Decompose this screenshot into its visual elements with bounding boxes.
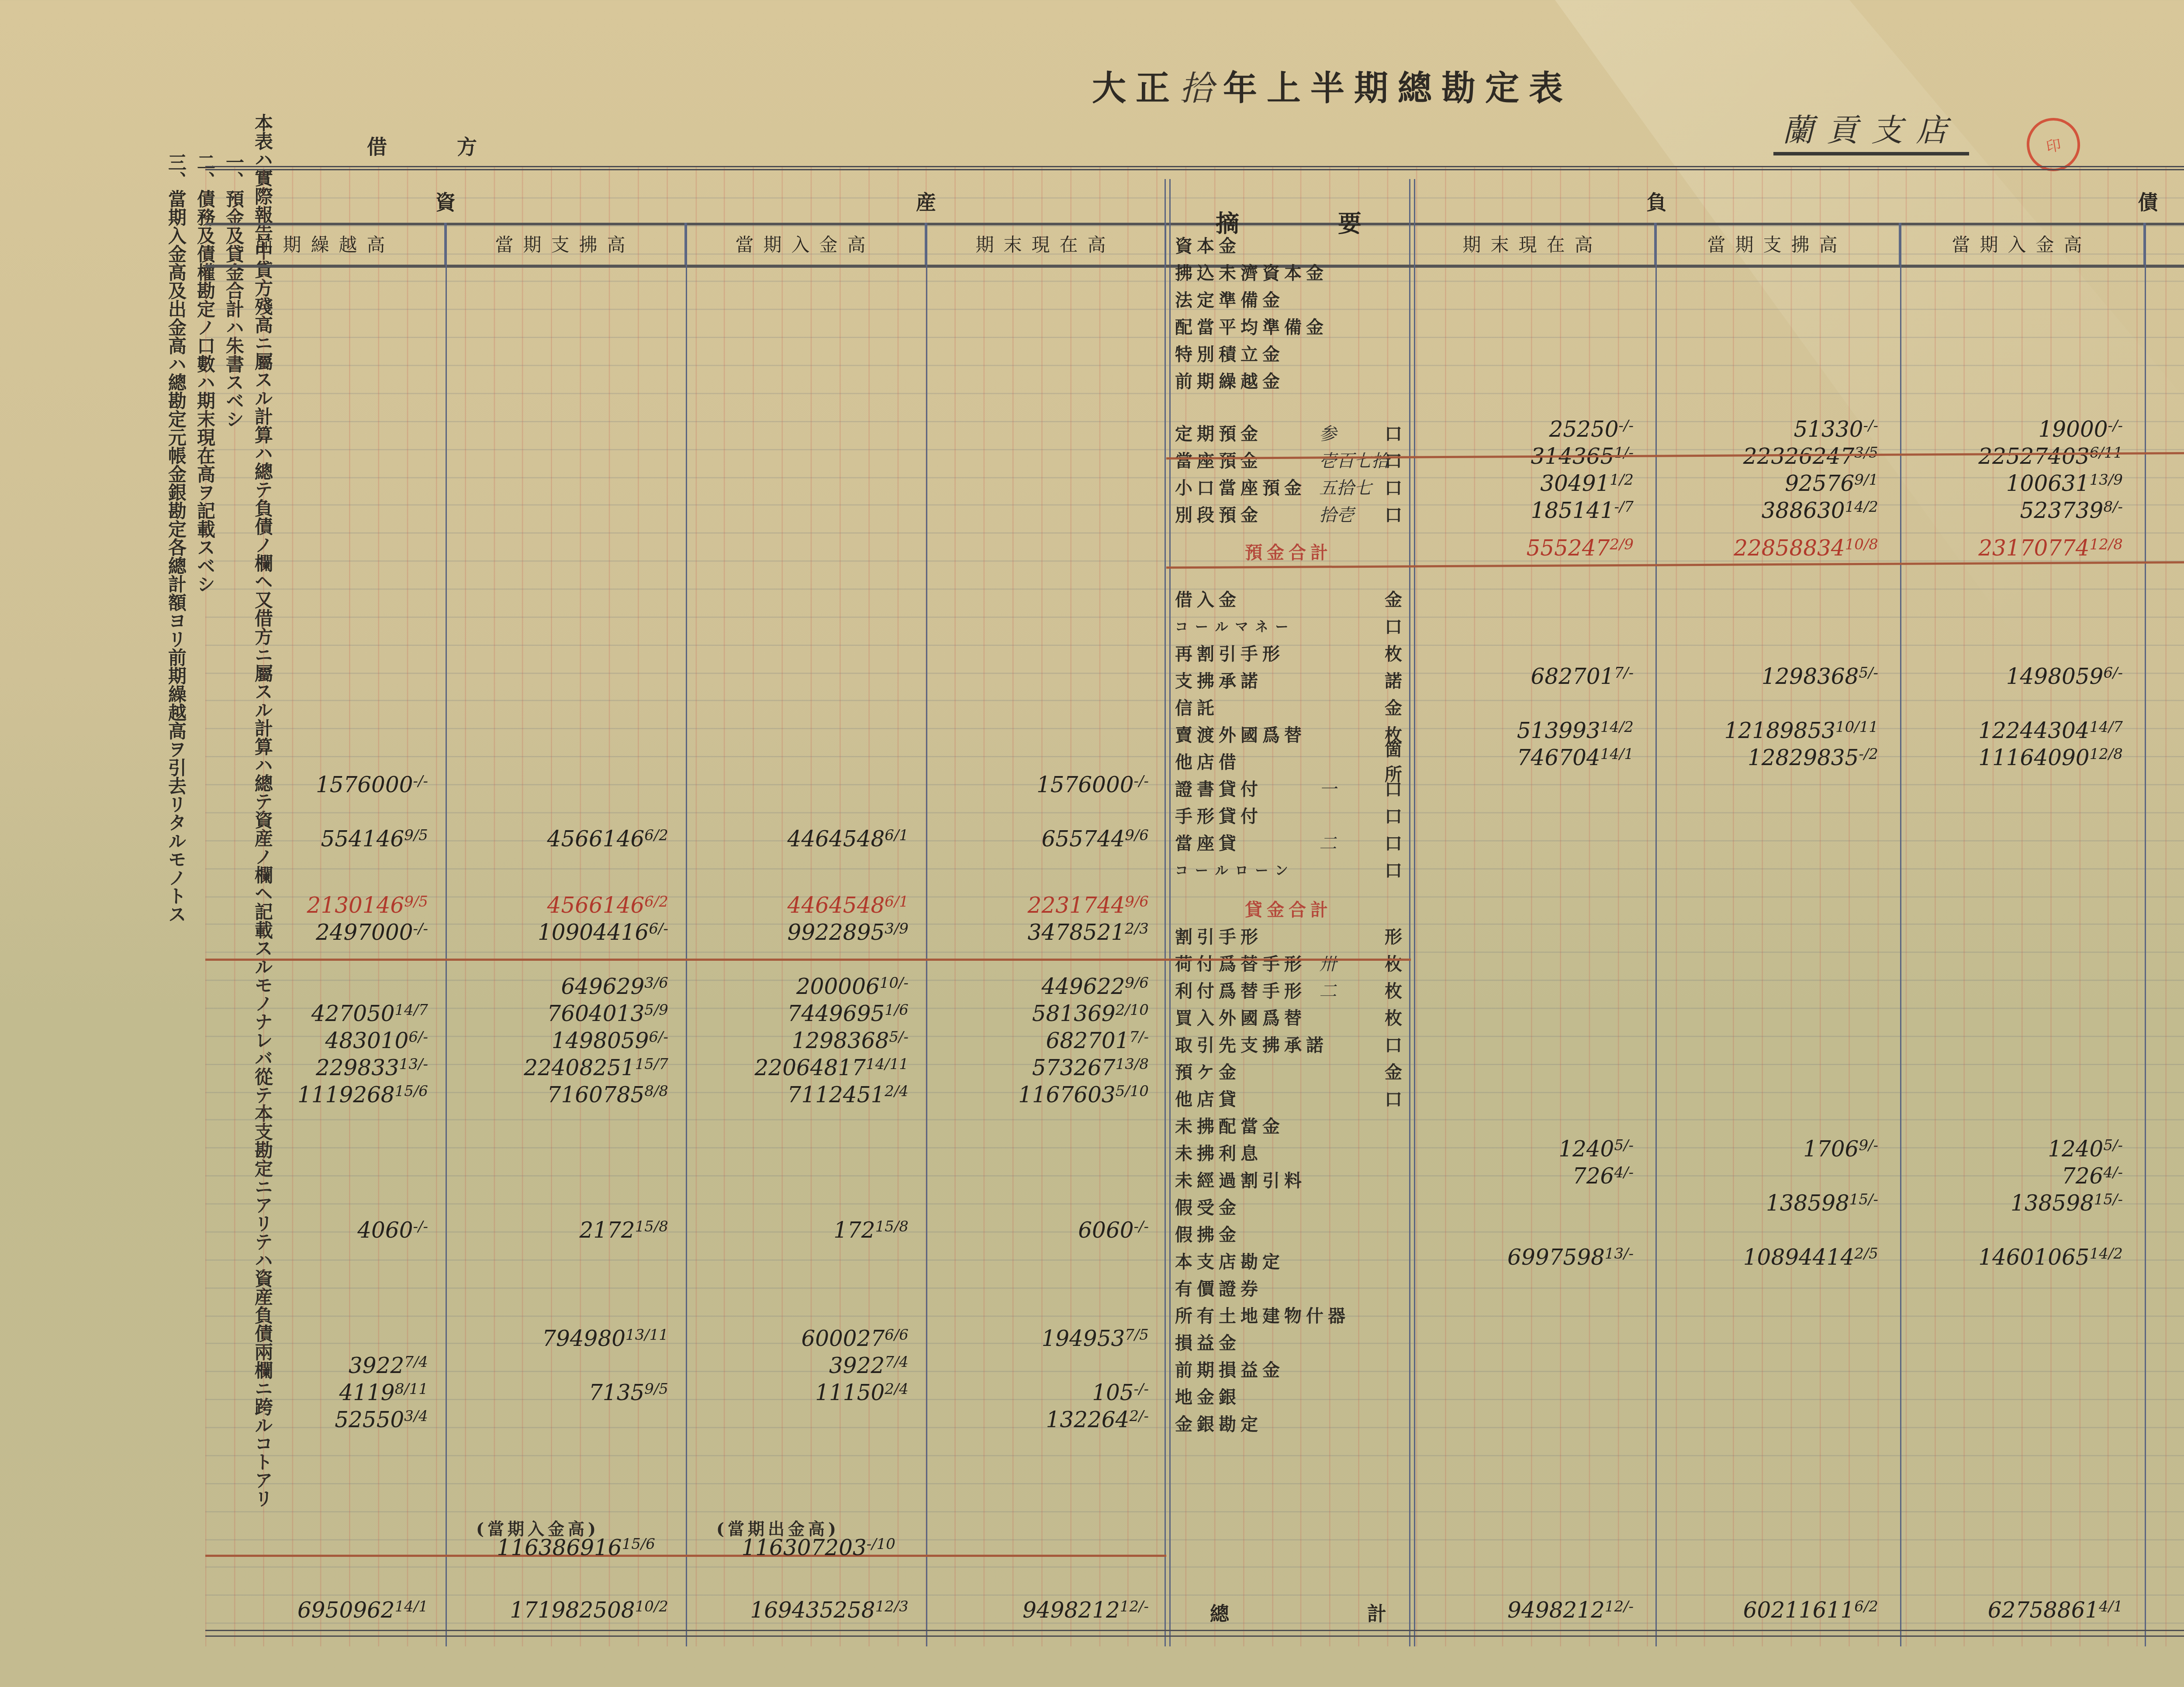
amount-fraction: 14/7	[2090, 718, 2123, 736]
amount-integer: 14601065	[1978, 1245, 2090, 1270]
amount-integer: 726	[1572, 1163, 1614, 1189]
liab-amount-cell: 12405/-	[1918, 1136, 2123, 1162]
amount-integer: 30491	[1540, 471, 1610, 496]
account-row: 小口當座預金五拾七口	[1175, 473, 1402, 500]
liab-amount-cell: 243307-/9	[2167, 535, 2184, 561]
amount-fraction: 2/-	[1129, 1408, 1149, 1425]
account-label: 定期預金	[1175, 420, 1262, 445]
amount-integer: 25250	[1549, 417, 1619, 442]
account-row: 前期損益金	[1175, 1356, 1402, 1382]
liab-col-end-balance: 期末現在高	[1411, 223, 1655, 265]
amount-fraction: 7/-	[1614, 664, 1634, 682]
amount-fraction: 9/5	[404, 827, 428, 844]
amount-integer: 3478521	[1028, 920, 1125, 945]
amount-fraction: 15/6	[395, 1083, 428, 1100]
account-label: 本支店勘定	[1175, 1248, 1284, 1273]
asset-amount-cell: 45661466/2	[463, 826, 668, 852]
assets-label-char-2: 産	[916, 186, 936, 215]
amount-integer: 1576000	[1037, 772, 1134, 797]
asset-amount-cell: 45661466/2	[463, 893, 668, 918]
account-unit: 口	[1380, 501, 1402, 526]
liab-amount-cell: 5237398/-	[1918, 498, 2123, 523]
liab-amount-cell: 17069/-	[1673, 1136, 1878, 1162]
handwritten-count: 卅	[1319, 950, 1337, 975]
double-rule-grand-total	[205, 1630, 2184, 1637]
account-row: 假受金	[1175, 1193, 1402, 1219]
amount-fraction: 9/6	[1125, 827, 1149, 844]
amount-fraction: 6/-	[2103, 664, 2123, 682]
amount-integer: 794980	[542, 1326, 625, 1351]
amount-integer: 2231744	[1028, 893, 1125, 918]
asset-grand-total-cell: 949821212/-	[943, 1597, 1149, 1623]
amount-fraction: -/-	[2108, 417, 2123, 435]
account-row: 有價證券	[1175, 1274, 1402, 1301]
amount-integer: 3922	[349, 1353, 404, 1378]
account-row: 當座預金壱百七拾口	[1175, 446, 1402, 473]
amount-fraction: 12/8	[2090, 536, 2123, 553]
amount-fraction: 12/-	[1120, 1598, 1149, 1615]
asset-amount-cell: 1949537/5	[943, 1326, 1149, 1351]
account-unit: 諾	[1380, 667, 1402, 692]
liabilities-label-char-2: 債	[2138, 186, 2158, 215]
account-label: 預金合計	[1245, 539, 1332, 564]
amount-fraction: 6/2	[644, 893, 668, 911]
account-label: 賣渡外國爲替	[1175, 721, 1306, 746]
amount-integer: 12244304	[1978, 718, 2090, 743]
account-row: 割引手形形	[1175, 922, 1402, 949]
asset-amount-cell: 21301469/5	[223, 893, 428, 918]
amount-integer: 1576000	[316, 772, 413, 797]
amount-integer: 682701	[1531, 664, 1614, 689]
amount-integer: 388630	[1762, 498, 1845, 523]
amount-fraction: 4/1	[2099, 1598, 2123, 1615]
asset-col-prev-balance: 前期繰越高	[205, 223, 446, 265]
amount-fraction: 6/-	[649, 1028, 668, 1046]
liab-amount-cell: 2285883410/8	[1673, 535, 1878, 561]
asset-amount-cell: 6827017/-	[943, 1028, 1149, 1053]
amount-integer: 1119268	[297, 1082, 395, 1107]
amount-integer: 4119	[339, 1380, 394, 1405]
amount-fraction: 10/11	[1835, 718, 1878, 736]
account-unit: 形	[1380, 923, 1402, 948]
account-label: 證書貸付	[1175, 776, 1262, 800]
amount-fraction: 13/-	[399, 1056, 428, 1073]
amount-integer: 185141	[1531, 498, 1614, 523]
account-row: 當座貸二口	[1175, 829, 1402, 855]
asset-amount-cell: 4060-/-	[223, 1218, 428, 1243]
amount-integer: 23170774	[1978, 535, 2090, 561]
amount-fraction: -/7	[1614, 498, 1634, 516]
amount-integer: 9498212	[1023, 1597, 1120, 1623]
account-row: 特別積立金	[1175, 340, 1402, 366]
amount-integer: 1706	[1803, 1136, 1859, 1162]
asset-amount-cell: 44645486/1	[703, 826, 909, 852]
liab-amount-cell: 4830106/-	[2167, 664, 2184, 689]
liab-amount-cell: 17069/-	[2167, 1136, 2184, 1162]
asset-amount-cell: 1576000-/-	[223, 772, 428, 797]
amount-fraction: 13/8	[1116, 1056, 1149, 1073]
account-row: 貸金合計	[1175, 895, 1402, 921]
asset-amount-cell: 42705014/7	[223, 1001, 428, 1026]
account-label: 前期繰越金	[1175, 368, 1284, 393]
amount-integer: 4566146	[547, 826, 645, 852]
account-unit: 枚	[1380, 950, 1402, 975]
account-row: 所有土地建物什器	[1175, 1301, 1402, 1328]
amount-fraction: 2/3	[1125, 920, 1149, 938]
amount-fraction: 15/7	[635, 1056, 668, 1073]
account-label: 前期損益金	[1175, 1356, 1284, 1381]
amount-fraction: 14/11	[866, 1056, 909, 1073]
asset-amount-cell: 39227/4	[703, 1353, 909, 1378]
asset-amount-cell: 5541469/5	[223, 826, 428, 852]
liabilities-label-char-1: 負	[1647, 186, 1667, 215]
liab-amount-cell: 7264/-	[1428, 1163, 1634, 1189]
account-label: 預ケ金	[1175, 1059, 1241, 1083]
liab-grand-total-cell: 949821212/-	[1428, 1597, 1634, 1623]
amount-integer: 4464548	[788, 893, 885, 918]
amount-integer: 169435258	[750, 1597, 875, 1623]
liab-amount-cell: 7264/-	[1918, 1163, 2123, 1189]
asset-amount-cell: 2240825115/7	[463, 1055, 668, 1080]
amount-integer: 10894414	[1743, 1245, 1855, 1270]
liab-amount-cell: 51330-/-	[1673, 417, 1878, 442]
amount-integer: 138598	[2011, 1190, 2094, 1216]
liab-amount-cell: 500326/9	[2167, 498, 2184, 523]
account-unit: 枚	[1380, 1004, 1402, 1029]
asset-amount-cell: 6496293/6	[463, 974, 668, 999]
amount-fraction: 6/6	[885, 1326, 909, 1344]
amount-integer: 9498212	[1507, 1597, 1605, 1623]
amount-fraction: 8/11	[395, 1380, 428, 1398]
account-unit: 口	[1380, 803, 1402, 828]
account-row: 前期繰越金	[1175, 367, 1402, 393]
account-unit: 口	[1380, 1086, 1402, 1111]
amount-fraction: 1/-	[1614, 444, 1634, 462]
account-row: 資本金	[1175, 231, 1402, 258]
amount-integer: 7604013	[547, 1001, 645, 1026]
asset-amount-cell: 39227/4	[223, 1353, 428, 1378]
liab-col-receipts: 當期入金高	[1900, 223, 2145, 265]
asset-amount-cell: 525503/4	[223, 1407, 428, 1432]
account-row: 定期預金参口	[1175, 419, 1402, 445]
amount-fraction: -/2	[1859, 745, 1878, 763]
amount-integer: 1167603	[1018, 1082, 1116, 1107]
amount-integer: 12829835	[1748, 745, 1859, 770]
amount-fraction: 14/2	[1600, 718, 1634, 736]
column-rule	[926, 223, 927, 1646]
liab-amount-cell: 6827017/-	[1428, 664, 1634, 689]
amount-fraction: 9/5	[404, 893, 428, 911]
amount-integer: 1240	[2048, 1136, 2103, 1162]
amount-integer: 22527403	[1978, 444, 2090, 469]
asset-amount-cell: 5813692/10	[943, 1001, 1149, 1026]
liab-amount-cell: 1218985310/11	[1673, 718, 1878, 743]
amount-integer: 138598	[1766, 1190, 1849, 1216]
amount-fraction: 13/-	[1605, 1245, 1634, 1263]
liab-amount-cell: 57630-/-	[2167, 417, 2184, 442]
amount-integer: 51330	[1794, 417, 1863, 442]
column-rule	[686, 223, 687, 1646]
amount-fraction: 9/-	[1859, 1137, 1878, 1154]
amount-fraction: 7/-	[1129, 1028, 1149, 1046]
account-row: 拂込未濟資本金	[1175, 259, 1402, 285]
amount-integer: 100631	[2006, 471, 2090, 496]
account-unit: 枚	[1380, 977, 1402, 1002]
amount-integer: 649629	[561, 974, 644, 999]
amount-fraction: 15/-	[2094, 1191, 2123, 1208]
amount-fraction: 14/1	[1600, 745, 1634, 763]
account-row: 別段預金拾壱口	[1175, 500, 1402, 527]
account-label: 資本金	[1175, 232, 1241, 257]
amount-integer: 171982508	[510, 1597, 635, 1623]
account-row: 賣渡外國爲替枚	[1175, 721, 1402, 747]
amount-integer: 10904416	[538, 920, 649, 945]
liab-amount-cell: 925769/1	[1673, 471, 1878, 496]
amount-fraction: 7/4	[404, 1353, 428, 1371]
asset-amount-cell: 99228953/9	[703, 920, 909, 945]
account-row: 假拂金	[1175, 1220, 1402, 1246]
liab-grand-total-cell: 695096214/1	[2167, 1597, 2184, 1623]
amount-integer: 554146	[321, 826, 404, 852]
account-label: 假拂金	[1175, 1221, 1241, 1246]
liab-amount-cell: 32909471/3	[2167, 1245, 2184, 1270]
amount-integer: 581369	[1032, 1001, 1116, 1026]
account-row: コールマネー口	[1175, 612, 1402, 638]
handwritten-count: 五拾七	[1319, 474, 1372, 499]
account-row: 買入外國爲替枚	[1175, 1004, 1402, 1030]
asset-amount-cell: 6557449/6	[943, 826, 1149, 852]
amount-fraction: 3/9	[885, 920, 909, 938]
amount-integer: 2497000	[316, 920, 413, 945]
account-label: 未經過割引料	[1175, 1167, 1306, 1192]
amount-integer: 4060	[357, 1218, 413, 1243]
account-label: 拂込未濟資本金	[1175, 259, 1328, 284]
amount-fraction: 7/5	[1125, 1326, 1149, 1344]
liab-amount-cell: 24724492/7	[2167, 745, 2184, 770]
amount-integer: 449622	[1041, 974, 1125, 999]
amount-integer: 194953	[1041, 1326, 1125, 1351]
amount-fraction: -/10	[867, 1535, 895, 1553]
account-label: 割引手形	[1175, 923, 1262, 948]
amount-fraction: -/-	[1863, 417, 1878, 435]
asset-amount-cell: 76040135/9	[463, 1001, 668, 1026]
account-row: 他店借箇所	[1175, 748, 1402, 774]
debit-side-label: 借方	[367, 131, 547, 160]
amount-integer: 600027	[801, 1326, 885, 1351]
handwritten-count: 参	[1319, 420, 1337, 445]
amount-integer: 116307203	[741, 1535, 866, 1560]
account-label: 他店借	[1175, 749, 1241, 773]
amount-fraction: 8/8	[644, 1083, 668, 1100]
liab-amount-cell: 38863014/2	[1673, 498, 1878, 523]
assets-group-header: 資 産	[205, 179, 1166, 223]
account-label: 所有土地建物什器	[1175, 1302, 1350, 1327]
account-label: 法定準備金	[1175, 286, 1284, 311]
amount-integer: 22064817	[755, 1055, 866, 1080]
asset-amount-cell: 11676035/10	[943, 1082, 1149, 1107]
amount-fraction: 3/5	[1854, 444, 1878, 462]
liabilities-group-header: 負 債	[1411, 179, 2184, 223]
amount-integer: 200006	[796, 974, 880, 999]
amount-integer: 172	[833, 1218, 875, 1243]
amount-fraction: 15/-	[1849, 1191, 1878, 1208]
account-label: 未拂利息	[1175, 1140, 1262, 1165]
amount-integer: 1498059	[2006, 664, 2104, 689]
description-column: 摘 要 資本金拂込未濟資本金法定準備金配當平均準備金特別積立金前期繰越金定期預金…	[1166, 170, 1411, 1646]
amount-fraction: 12/-	[1605, 1598, 1634, 1615]
asset-amount-cell: 1322642/-	[943, 1407, 1149, 1432]
amount-integer: 11164090	[1978, 745, 2090, 770]
account-unit: 口	[1380, 1032, 1402, 1056]
account-label: 借入金	[1175, 586, 1241, 611]
amount-fraction: -/-	[1134, 773, 1149, 790]
account-label: コールローン	[1175, 859, 1295, 879]
account-label: 買入外國爲替	[1175, 1004, 1306, 1029]
liab-amount-cell: 1116409012/8	[1918, 745, 2123, 770]
account-label: 假受金	[1175, 1194, 1241, 1219]
asset-amount-cell: 111926815/6	[223, 1082, 428, 1107]
asset-amount-cell: 109044166/-	[463, 920, 668, 945]
amount-fraction: 13/9	[2090, 471, 2123, 489]
liab-amount-cell: 2243512/6	[2167, 471, 2184, 496]
account-label: 再割引手形	[1175, 640, 1284, 665]
asset-amount-cell: 74496951/6	[703, 1001, 909, 1026]
liab-amount-cell: 12983685/-	[1673, 664, 1878, 689]
asset-amount-cell: 217215/8	[463, 1218, 668, 1243]
account-unit: 口	[1380, 776, 1402, 800]
liab-amount-cell: 13859815/-	[1673, 1190, 1878, 1216]
amount-integer: 52550	[335, 1407, 404, 1432]
period-receipts-value: 11638691615/6	[450, 1535, 655, 1560]
liab-amount-cell: 51399314/2	[1428, 718, 1634, 743]
column-rule	[446, 223, 447, 1646]
amount-integer: 2172	[579, 1218, 635, 1243]
amount-integer: 483010	[325, 1028, 409, 1053]
amount-integer: 92576	[1785, 471, 1854, 496]
liab-amount-cell: 12405/-	[1428, 1136, 1634, 1162]
account-row: 手形貸付口	[1175, 802, 1402, 828]
title-era: 大正	[1092, 69, 1179, 108]
amount-integer: 655744	[1041, 826, 1125, 852]
account-unit: 口	[1380, 857, 1402, 882]
amount-fraction: 3/4	[404, 1408, 428, 1425]
amount-integer: 4566146	[547, 893, 645, 918]
account-label: 貸金合計	[1245, 896, 1332, 921]
account-row: 荷付爲替手形卅枚	[1175, 949, 1402, 976]
account-label: 配當平均準備金	[1175, 314, 1328, 338]
account-row: 法定準備金	[1175, 286, 1402, 312]
liab-amount-cell: 699759813/-	[1428, 1245, 1634, 1270]
asset-amount-cell: 105-/-	[943, 1380, 1149, 1405]
amount-fraction: 14/1	[395, 1598, 428, 1615]
amount-fraction: 2/4	[885, 1380, 909, 1398]
amount-integer: 6997598	[1507, 1245, 1605, 1270]
column-rule	[1655, 223, 1657, 1646]
asset-amount-cell: 4830106/-	[223, 1028, 428, 1053]
account-unit: 口	[1380, 830, 1402, 855]
amount-integer: 682701	[1046, 1028, 1130, 1053]
amount-fraction: -/-	[1134, 1380, 1149, 1398]
asset-grand-total-cell: 16943525812/3	[703, 1597, 909, 1623]
amount-fraction: 6/-	[408, 1028, 428, 1046]
account-row: 他店貸口	[1175, 1085, 1402, 1111]
amount-fraction: 4/-	[1614, 1164, 1634, 1181]
liab-amount-cell: 108944142/5	[1673, 1245, 1878, 1270]
account-row: 支拂承諾諾	[1175, 666, 1402, 693]
note-3: 三、當期入金高及出金高ハ總勘定元帳金銀勘定各總計額ヨリ前期繰越高ヲ引去リタルモノ…	[162, 153, 190, 1555]
liab-amount-cell: 19000-/-	[1918, 417, 2123, 442]
amount-fraction: 9/5	[644, 1380, 668, 1398]
amount-fraction: 15/6	[622, 1535, 655, 1553]
asset-amount-cell: 34785212/3	[943, 920, 1149, 945]
amount-integer: 7112451	[788, 1082, 885, 1107]
account-label: 取引先支拂承諾	[1175, 1032, 1328, 1056]
liab-amount-cell: 14980596/-	[1918, 664, 2123, 689]
amount-fraction: 5/-	[1859, 664, 1878, 682]
liab-amount-cell: 2317077412/8	[1918, 535, 2123, 561]
amount-fraction: 4/-	[2103, 1164, 2123, 1181]
account-unit: 口	[1380, 613, 1402, 638]
asset-amount-cell: 22317449/6	[943, 893, 1149, 918]
amount-integer: 2130146	[307, 893, 404, 918]
liab-amount-cell: 5552472/9	[1428, 535, 1634, 561]
asset-amount-cell: 6060-/-	[943, 1218, 1149, 1243]
liab-col-payments: 當期支拂高	[1655, 223, 1900, 265]
amount-fraction: 15/8	[875, 1218, 909, 1235]
amount-integer: 746704	[1517, 745, 1600, 770]
handwritten-count: 二	[1319, 977, 1337, 1002]
account-row: 未拂配當金	[1175, 1112, 1402, 1138]
amount-integer: 9922895	[788, 920, 885, 945]
account-row: 未經過割引料	[1175, 1166, 1402, 1192]
amount-integer: 573267	[1032, 1055, 1116, 1080]
account-row: 信託金	[1175, 693, 1402, 720]
liab-amount-cell: 74670414/1	[1428, 745, 1634, 770]
asset-amount-cell: 71607858/8	[463, 1082, 668, 1107]
liab-amount-cell: 13859815/-	[1918, 1190, 2123, 1216]
amount-fraction: 6/1	[885, 827, 909, 844]
grand-total-label-left: 總	[1210, 1598, 1229, 1626]
handwritten-count: 壱百七拾	[1319, 447, 1389, 472]
asset-amount-cell: 41198/11	[223, 1380, 428, 1405]
account-label: 地金銀	[1175, 1383, 1241, 1408]
account-label: 未拂配當金	[1175, 1113, 1284, 1138]
amount-fraction: -/-	[1134, 1218, 1149, 1235]
amount-fraction: 3/6	[644, 974, 668, 992]
liab-grand-total-cell: 627588614/1	[1918, 1597, 2123, 1623]
document-title: 大正拾年上半期總勘定表	[1005, 61, 1660, 110]
amount-fraction: 13/11	[625, 1326, 668, 1344]
amount-fraction: 2/10	[1116, 1001, 1149, 1019]
amount-fraction: 12/3	[875, 1598, 909, 1615]
account-label: 信託	[1175, 694, 1219, 719]
account-label: 特別積立金	[1175, 341, 1284, 366]
branch-name: 蘭貢支店	[1773, 105, 1969, 155]
amount-integer: 1240	[1559, 1136, 1614, 1162]
ledger-table: 資 産 負 債 前期繰越高 當期支拂高 當期入金高 期末現在高 期末現在高 當期…	[205, 166, 2184, 1646]
assets-label-char-1: 資	[435, 186, 456, 215]
account-label: 有價證券	[1175, 1275, 1262, 1300]
red-rule-loans-total	[205, 959, 1411, 961]
handwritten-count: 拾壱	[1319, 501, 1354, 526]
amount-fraction: 12/8	[2090, 745, 2123, 763]
asset-amount-cell: 6000276/6	[703, 1326, 909, 1351]
amount-integer: 132264	[1046, 1407, 1130, 1432]
amount-integer: 11150	[815, 1380, 885, 1405]
amount-fraction: 1/6	[885, 1001, 909, 1019]
account-row: 預ケ金金	[1175, 1058, 1402, 1084]
asset-amount-cell: 71124512/4	[703, 1082, 909, 1107]
